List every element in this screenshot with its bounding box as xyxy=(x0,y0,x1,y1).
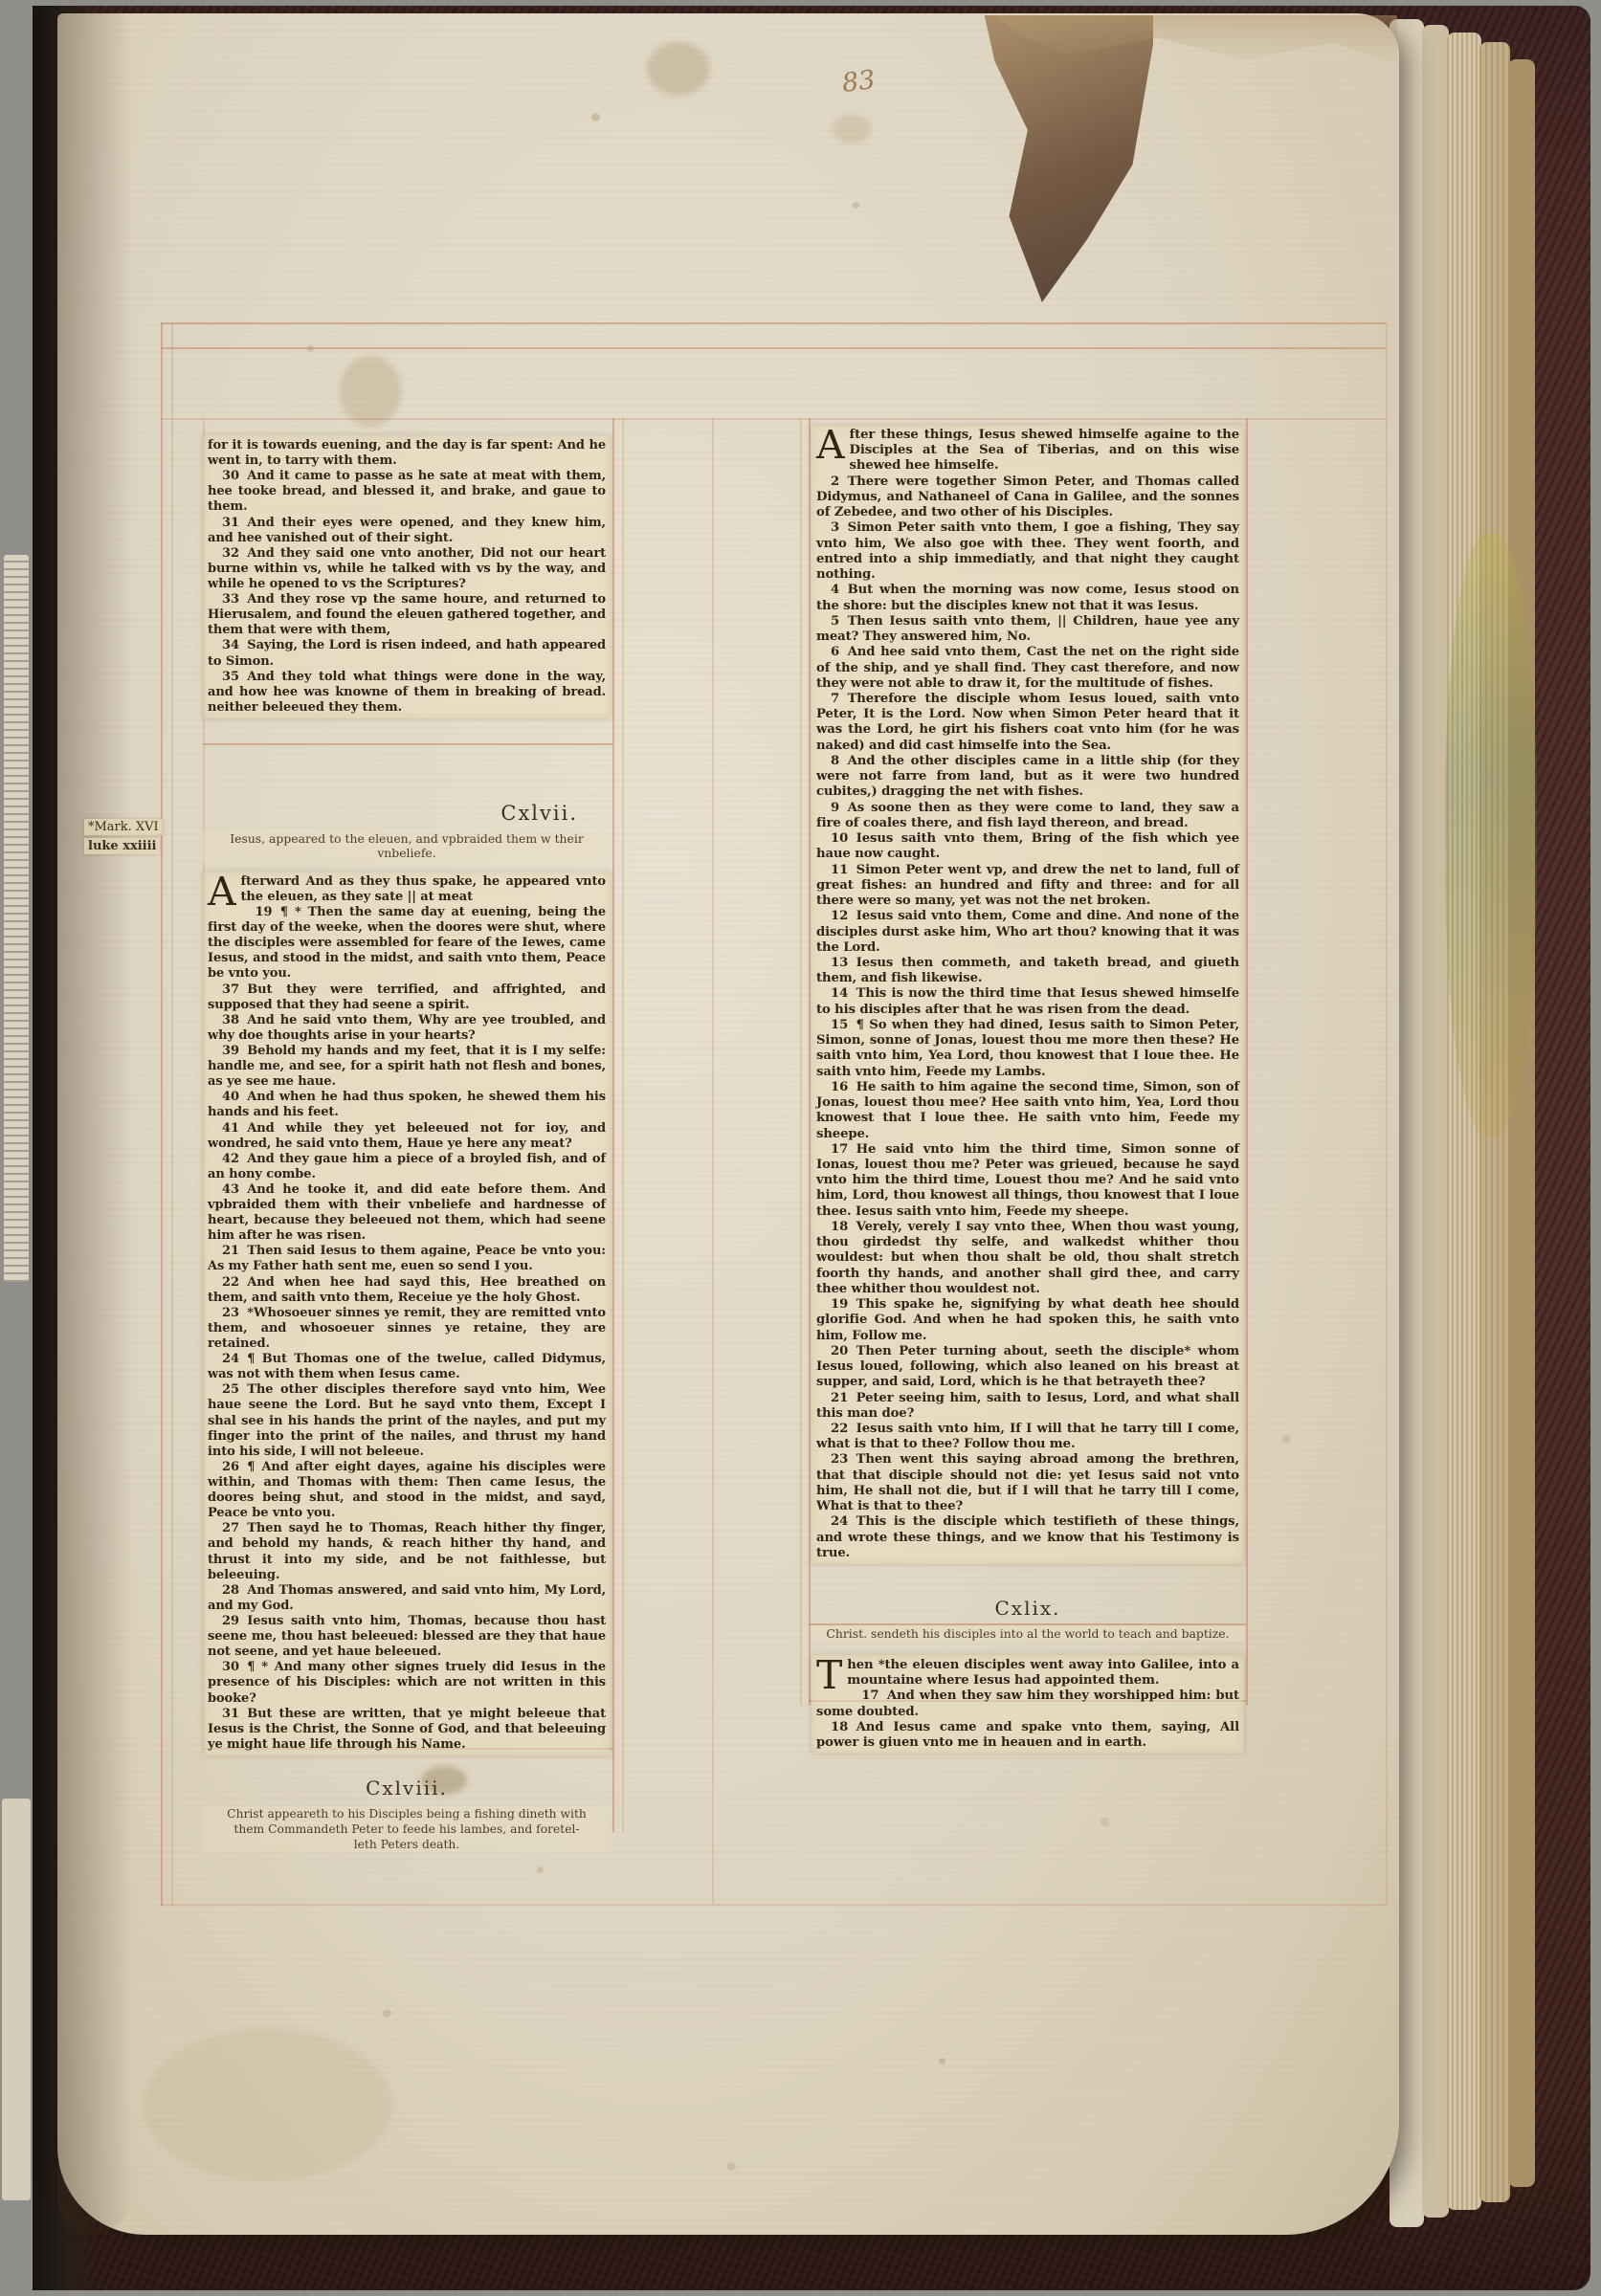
margin-note-reference: luke xxiiii xyxy=(84,838,160,854)
verse: 38 And he said vnto them, Why are yee tr… xyxy=(208,1013,606,1044)
verse-number: 10 xyxy=(831,831,856,846)
opening-text: fterward And as they thus spake, he appe… xyxy=(241,874,606,904)
verse-number: 17 xyxy=(831,1142,856,1157)
verse-number: 23 xyxy=(831,1452,856,1467)
verse-number: 14 xyxy=(831,986,856,1001)
verse: 19 This spake he, signifying by what dea… xyxy=(816,1297,1239,1344)
verse: 13 Iesus then commeth, and taketh bread,… xyxy=(816,956,1239,986)
verse-number: 40 xyxy=(222,1090,247,1104)
verse-number: 4 xyxy=(831,583,848,597)
verse: 22 And when hee had sayd this, Hee breat… xyxy=(208,1275,606,1306)
drop-cap: A xyxy=(816,428,850,461)
folio-number: 83 xyxy=(840,65,877,99)
verse-number: 5 xyxy=(831,614,848,629)
opening-text: fter these things, Iesus shewed himselfe… xyxy=(850,428,1239,473)
section-subtitle-148: Christ appeareth to his Disciples being … xyxy=(203,1806,611,1853)
verse-number: 42 xyxy=(222,1152,247,1166)
verse-number: 18 xyxy=(831,1220,856,1234)
verse: 31 But these are written, that ye might … xyxy=(208,1707,606,1753)
verse: 34 Saying, the Lord is risen indeed, and… xyxy=(208,638,606,669)
verse-number: 11 xyxy=(831,863,856,877)
verse: 32 And they said one vnto another, Did n… xyxy=(208,546,606,592)
opening-text: hen *the eleuen disciples went away into… xyxy=(847,1658,1239,1688)
margin-note: *Mark. XVI luke xxiiii xyxy=(84,819,203,857)
verse-number: 23 xyxy=(222,1306,247,1320)
verse-number: 24 xyxy=(222,1352,247,1366)
verse: 35 And they told what things were done i… xyxy=(208,670,606,716)
verse-number: 22 xyxy=(831,1422,856,1436)
passage-block-luke24: for it is towards euening, and the day i… xyxy=(203,435,611,718)
verse-number: 38 xyxy=(222,1013,247,1027)
verse-number: 7 xyxy=(831,692,848,706)
verse-number: 32 xyxy=(222,546,247,561)
verse: 18 And Iesus came and spake vnto them, s… xyxy=(816,1720,1239,1751)
section-heading-147: Cxlvii. xyxy=(203,801,611,826)
verse-number: 28 xyxy=(222,1583,247,1598)
verse: 39 Behold my hands and my feet, that it … xyxy=(208,1044,606,1090)
verse: 22 Iesus saith vnto him, If I will that … xyxy=(816,1422,1239,1452)
photo-canvas: 83 *Mark. XVI luke xxiiii for it is towa… xyxy=(0,0,1601,2296)
verse: 8 And the other disciples came in a litt… xyxy=(816,754,1239,801)
verse-number: 22 xyxy=(222,1275,247,1290)
verse: 15 ¶ So when they had dined, Iesus saith… xyxy=(816,1018,1239,1080)
verse-number: 13 xyxy=(831,956,856,970)
verse: 3 Simon Peter saith vnto them, I goe a f… xyxy=(816,520,1239,583)
caption-line: them Commandeth Peter to feede his lambe… xyxy=(203,1821,611,1837)
verse: 25 The other disciples therefore sayd vn… xyxy=(208,1382,606,1460)
verse: 37 But they were terrified, and affright… xyxy=(208,982,606,1013)
verse-number: 30 xyxy=(222,469,247,483)
margin-note-reference: *Mark. XVI xyxy=(84,819,163,835)
verse: 27 Then sayd he to Thomas, Reach hither … xyxy=(208,1521,606,1582)
verse: 24 This is the disciple which testifieth… xyxy=(816,1514,1239,1561)
verse: 21 Peter seeing him, saith to Iesus, Lor… xyxy=(816,1391,1239,1422)
verse-number: 30 xyxy=(222,1660,247,1674)
caption-line: Christ appeareth to his Disciples being … xyxy=(203,1806,611,1821)
stain xyxy=(340,356,401,427)
verse: 30 And it came to passe as he sate at me… xyxy=(208,469,606,515)
verse-number: 16 xyxy=(831,1080,856,1094)
passage-block-147: Afterward And as they thus spake, he app… xyxy=(203,872,611,1755)
verse: 28 And Thomas answered, and said vnto hi… xyxy=(208,1583,606,1614)
right-column: After these things, Iesus shewed himself… xyxy=(812,425,1244,1754)
verse-number: 29 xyxy=(222,1614,247,1628)
verse: 4 But when the morning was now come, Ies… xyxy=(816,583,1239,613)
verse: 23 Then went this saying abroad among th… xyxy=(816,1452,1239,1514)
verse: 14 This is now the third time that Iesus… xyxy=(816,986,1239,1017)
section-heading-148: Cxlviii. xyxy=(203,1777,611,1800)
section-subtitle-149: Christ. sendeth his disciples into al th… xyxy=(812,1625,1244,1642)
verse: 19 ¶ * Then the same day at euening, bei… xyxy=(208,905,606,982)
verse-number: 8 xyxy=(831,754,848,768)
verse-number: 18 xyxy=(831,1720,856,1734)
verse: 11 Simon Peter went vp, and drew the net… xyxy=(816,863,1239,910)
verse-number: 20 xyxy=(831,1344,856,1358)
verse: 17 And when they saw him they worshipped… xyxy=(816,1689,1239,1719)
verse-number: 35 xyxy=(222,670,247,684)
opening-verse: Afterward And as they thus spake, he app… xyxy=(208,874,606,905)
drop-cap: T xyxy=(816,1658,847,1691)
verse-number: 19 xyxy=(256,905,280,919)
passage-block-matt28: Then *the eleuen disciples went away int… xyxy=(812,1655,1244,1754)
adjacent-leaf-edge xyxy=(4,555,29,1282)
fore-edge-page-stack xyxy=(1390,17,1590,2250)
left-column: for it is towards euening, and the day i… xyxy=(203,435,611,1852)
verse-number: 21 xyxy=(831,1391,856,1405)
section-heading-149: Cxlix. xyxy=(812,1597,1244,1621)
verse-number: 6 xyxy=(831,645,848,659)
verse: 5 Then Iesus saith vnto them, || Childre… xyxy=(816,614,1239,645)
adjacent-leaf-edge xyxy=(2,1799,31,2200)
passage-block-john21: After these things, Iesus shewed himself… xyxy=(812,425,1244,1564)
section-subtitle-147: Iesus, appeared to the eleuen, and vpbra… xyxy=(203,830,611,862)
verse: 17 He said vnto him the third time, Simo… xyxy=(816,1142,1239,1220)
verse-number: 17 xyxy=(861,1689,887,1703)
verse: 41 And while they yet beleeued not for i… xyxy=(208,1121,606,1152)
verse-list: 2 There were together Simon Peter, and T… xyxy=(816,475,1239,1561)
verse-number: 41 xyxy=(222,1121,247,1136)
verse-number: 26 xyxy=(222,1460,247,1474)
verse: 40 And when he had thus spoken, he shewe… xyxy=(208,1090,606,1120)
verse: 7 Therefore the disciple whom Iesus loue… xyxy=(816,692,1239,754)
verse: 12 Iesus said vnto them, Come and dine. … xyxy=(816,909,1239,956)
verse-number: 2 xyxy=(831,475,848,489)
verse-number: 15 xyxy=(831,1018,856,1032)
verse: 2 There were together Simon Peter, and T… xyxy=(816,475,1239,521)
verse-list: 17 And when they saw him they worshipped… xyxy=(816,1689,1239,1751)
verse: 20 Then Peter turning about, seeth the d… xyxy=(816,1344,1239,1391)
verse-number: 21 xyxy=(222,1244,247,1258)
stain xyxy=(833,115,871,143)
verse-number: 43 xyxy=(222,1182,247,1197)
verse: 29 Iesus saith vnto him, Thomas, because… xyxy=(208,1614,606,1660)
verse-number: 33 xyxy=(222,592,247,607)
verse-number: 9 xyxy=(831,801,848,815)
caption-line: leth Peters death. xyxy=(203,1837,611,1852)
verse-number: 3 xyxy=(831,520,848,535)
opening-verse: After these things, Iesus shewed himself… xyxy=(816,428,1239,475)
verse-number: 19 xyxy=(831,1297,856,1312)
verse-number: 39 xyxy=(222,1044,247,1058)
verse: 21 Then said Iesus to them againe, Peace… xyxy=(208,1244,606,1274)
verse: 16 He saith to him againe the second tim… xyxy=(816,1080,1239,1142)
verse-list: 19 ¶ * Then the same day at euening, bei… xyxy=(208,905,606,1753)
verse: 23 *Whosoeuer sinnes ye remit, they are … xyxy=(208,1306,606,1352)
verse: 30 ¶ * And many other signes truely did … xyxy=(208,1660,606,1706)
stain xyxy=(647,42,710,96)
verse-number: 12 xyxy=(831,909,856,923)
verse-number: 31 xyxy=(222,1707,247,1721)
verse-number: 34 xyxy=(222,638,247,652)
verse: 10 Iesus saith vnto them, Bring of the f… xyxy=(816,831,1239,862)
marbled-edge-tint xyxy=(1445,534,1537,1137)
verse-number: 27 xyxy=(222,1521,247,1535)
verse: 9 As soone then as they were come to lan… xyxy=(816,801,1239,831)
verse-number: 24 xyxy=(831,1514,856,1529)
verse-number: 37 xyxy=(222,982,247,997)
verse: 18 Verely, verely I say vnto thee, When … xyxy=(816,1220,1239,1297)
verse: 42 And they gaue him a piece of a broyle… xyxy=(208,1152,606,1182)
verse: 43 And he tooke it, and did eate before … xyxy=(208,1182,606,1244)
verse: 33 And they rose vp the same houre, and … xyxy=(208,592,606,638)
drop-cap: A xyxy=(208,874,241,908)
page-edge-strip xyxy=(1422,25,1449,2218)
verse: 26 ¶ And after eight dayes, againe his d… xyxy=(208,1460,606,1521)
foxing-spots xyxy=(0,0,5,5)
page-edge-strip xyxy=(1508,59,1535,2187)
verse-number: 31 xyxy=(222,516,247,530)
verse-number: 25 xyxy=(222,1382,247,1397)
verse: for it is towards euening, and the day i… xyxy=(208,438,606,469)
verse: 24 ¶ But Thomas one of the twelue, calle… xyxy=(208,1352,606,1382)
verse: 6 And hee said vnto them, Cast the net o… xyxy=(816,645,1239,692)
verse: 31 And their eyes were opened, and they … xyxy=(208,516,606,546)
water-stain xyxy=(144,2028,392,2181)
opening-verse: Then *the eleuen disciples went away int… xyxy=(816,1658,1239,1689)
